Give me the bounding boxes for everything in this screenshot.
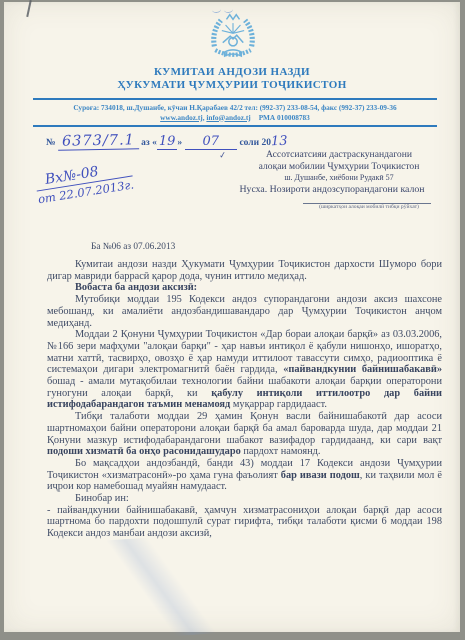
tax-id: РМА 010008783 bbox=[259, 113, 310, 122]
org-name: КУМИТАИ АНДОЗИ НАЗДИ ҲУКУМАТИ ҶУМҲУРИИ Т… bbox=[4, 66, 460, 92]
letterhead-contact: Суроға: 734018, ш.Душанбе, кӯчаи Н.Қараб… bbox=[33, 98, 437, 127]
body-paragraph: Кумитаи андози назди Ҳукумати Ҷумҳурии Т… bbox=[47, 259, 442, 282]
tajikistan-emblem-icon bbox=[205, 11, 261, 65]
recipient-block: ✓ Ассотсиатсияи дастраскунандагони алоқа… bbox=[225, 149, 453, 211]
body-paragraph: - пайвандкунии байнишабакавӣ, ҳамчун хиз… bbox=[47, 505, 442, 540]
body-paragraph: Бо мақсадҳои андозбандӣ, банди 43) модда… bbox=[47, 458, 442, 493]
ref-close-quote: » bbox=[177, 138, 182, 148]
body-paragraph: Тибқи талаботи моддаи 29 ҳамин Қонун вас… bbox=[47, 411, 442, 458]
letter-page: КУМИТАИ АНДОЗИ НАЗДИ ҲУКУМАТИ ҶУМҲУРИИ Т… bbox=[4, 2, 460, 632]
body-paragraph: Мутобиқи моддаи 195 Кодекси андоз супора… bbox=[47, 294, 442, 329]
handwritten-ref-number: 6373/7.1 bbox=[58, 132, 139, 150]
checkmark-icon: ✓ bbox=[218, 150, 227, 163]
recipient-line1: Ассотсиатсияи дастраскунандагони bbox=[225, 149, 453, 161]
ref-no-label: № bbox=[46, 138, 56, 148]
body-paragraphs: Кумитаи андози назди Ҳукумати Ҷумҳурии Т… bbox=[47, 259, 442, 540]
body-paragraph: Бинобар ин: bbox=[47, 493, 442, 505]
ref-year-label: соли 20 bbox=[239, 138, 271, 148]
fold-mark bbox=[71, 531, 248, 640]
scanned-letter-viewport: { "letterhead": { "emblem_icon": "tajiki… bbox=[0, 0, 465, 640]
pen-mark bbox=[26, 0, 31, 17]
body-paragraph: Вобаста ба андози аксизӣ: bbox=[47, 282, 442, 294]
org-name-line1: КУМИТАИ АНДОЗИ НАЗДИ bbox=[4, 66, 460, 79]
outgoing-reference: № 6373/7.1 аз «19» 07 соли 2013 bbox=[46, 133, 426, 150]
recipient-copy-line: Нусха. Нозироти андозсупорандагони калон bbox=[211, 184, 453, 196]
recipient-address: ш. Душанбе, хиёбони Рудакӣ 57 bbox=[225, 173, 453, 183]
handwritten-month: 07 bbox=[185, 134, 238, 150]
reply-reference: Ба №06 аз 07.06.2013 bbox=[91, 242, 442, 252]
incoming-registration-note: Вх№-08 от 22.07.2013г. bbox=[34, 159, 135, 207]
handwritten-day: 19 bbox=[157, 134, 178, 150]
email-text: info@andoz.tj bbox=[206, 113, 250, 122]
recipient-caption: (ширкатҳои алоқаи мобилӣ тибқи рӯйхат) bbox=[285, 204, 453, 211]
website-text: www.andoz.tj bbox=[160, 113, 203, 122]
letterhead-address: Суроға: 734018, ш.Душанбе, кӯчаи Н.Қараб… bbox=[33, 103, 437, 113]
handwritten-year: 13 bbox=[271, 134, 288, 150]
recipient-line2: алоқаи мобилии Ҷумҳурии Тоҷикистон bbox=[225, 161, 453, 173]
letterhead-contacts-line: www.andoz.tj, info@andoz.tjРМА 010008783 bbox=[33, 113, 437, 123]
body-paragraph: Моддаи 2 Қонуни Ҷумҳурии Тоҷикистон «Дар… bbox=[47, 329, 442, 411]
letter-body: Ба №06 аз 07.06.2013 Кумитаи андози назд… bbox=[47, 242, 442, 540]
ref-from-label: аз « bbox=[141, 138, 157, 148]
org-name-line2: ҲУКУМАТИ ҶУМҲУРИИ ТОҶИКИСТОН bbox=[4, 79, 460, 92]
